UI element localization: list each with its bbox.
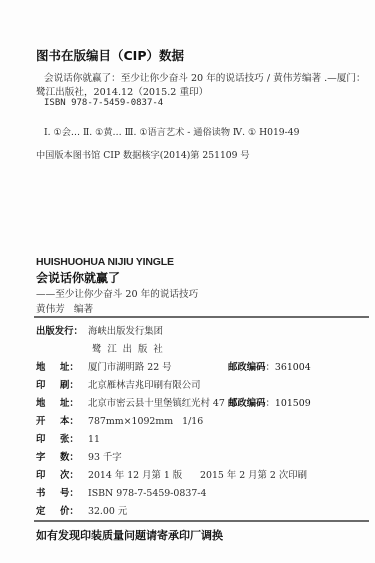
colophon-row-publisher: 出版发行：海峡出版发行集团 (36, 323, 163, 337)
colophon-label: 开本： (36, 413, 88, 427)
colophon-row-isbn: 书号：ISBN 978-7-5459-0837-4 (36, 485, 206, 499)
colophon-row-printer: 印刷：北京雁林吉兆印刷有限公司 (36, 377, 201, 391)
colophon-row-publisher-sub: 鹭 江 出 版 社 (36, 341, 163, 355)
colophon-row-wordcount: 字数：93 千字 (36, 449, 122, 463)
colophon-label: 印张： (36, 431, 88, 445)
colophon-value: 787mm×1092mm 1/16 (88, 416, 203, 427)
colophon-label: 出版发行： (36, 323, 88, 337)
cip-classification: Ⅰ. ①会… Ⅱ. ①黄… Ⅲ. ①语言艺术 - 通俗读物 Ⅳ. ① H019-… (44, 124, 299, 138)
colophon-label: 地址： (36, 395, 88, 409)
colophon-value: ISBN 978-7-5459-0837-4 (88, 488, 206, 499)
colophon-value: 北京市密云县十里堡镇红光村 47 号 (88, 395, 237, 409)
postcode-publisher: 邮政编码：361004 (228, 359, 311, 373)
colophon-label: 印次： (36, 467, 88, 481)
colophon-value: 海峡出版发行集团 (88, 323, 163, 337)
colophon-value: 厦门市湖明路 22 号 (88, 359, 172, 373)
book-title: 会说话你就赢了 (36, 269, 120, 286)
colophon-value: 32.00 元 (88, 503, 127, 517)
quality-notice: 如有发现印装质量问题请寄承印厂调换 (36, 527, 223, 543)
book-author: 黄伟芳 编著 (36, 301, 93, 315)
title-pinyin: HUISHUOHUA NIJIU YINGLE (36, 256, 174, 268)
colophon-value: 11 (88, 434, 100, 445)
divider-top (34, 316, 369, 318)
colophon-row-sheets: 印张：11 (36, 431, 100, 445)
colophon-label: 定价： (36, 503, 88, 517)
cip-heading: 图书在版编目（CIP）数据 (36, 46, 184, 64)
colophon-label: 地址： (36, 359, 88, 373)
colophon-row-address: 地址：厦门市湖明路 22 号 (36, 359, 172, 373)
colophon-value: 鹭 江 出 版 社 (88, 341, 163, 355)
colophon-value: 2014 年 12 月第 1 版 2015 年 2 月第 2 次印刷 (88, 467, 307, 481)
cip-number: 中国版本图书馆 CIP 数据核字(2014)第 251109 号 (36, 147, 250, 161)
book-subtitle: ——至少让你少奋斗 20 年的说话技巧 (36, 286, 198, 300)
colophon-value: 北京雁林吉兆印刷有限公司 (88, 377, 201, 391)
cip-isbn: ISBN 978-7-5459-0837-4 (44, 98, 163, 108)
divider-bottom (34, 520, 369, 522)
colophon-row-format: 开本：787mm×1092mm 1/16 (36, 413, 203, 427)
colophon-label: 书号： (36, 485, 88, 499)
colophon-label: 字数： (36, 449, 88, 463)
colophon-row-edition: 印次：2014 年 12 月第 1 版 2015 年 2 月第 2 次印刷 (36, 467, 307, 481)
colophon-value: 93 千字 (88, 449, 122, 463)
cip-line-2: 鹭江出版社，2014.12（2015.2 重印） (36, 84, 208, 98)
cip-line-1: 会说话你就赢了：至少让你少奋斗 20 年的说话技巧 / 黄伟芳编著 .—厦门： (44, 70, 366, 84)
colophon-label: 印刷： (36, 377, 88, 391)
colophon-row-printer-address: 地址：北京市密云县十里堡镇红光村 47 号 (36, 395, 237, 409)
colophon-row-price: 定价：32.00 元 (36, 503, 127, 517)
postcode-printer: 邮政编码：101509 (228, 395, 311, 409)
